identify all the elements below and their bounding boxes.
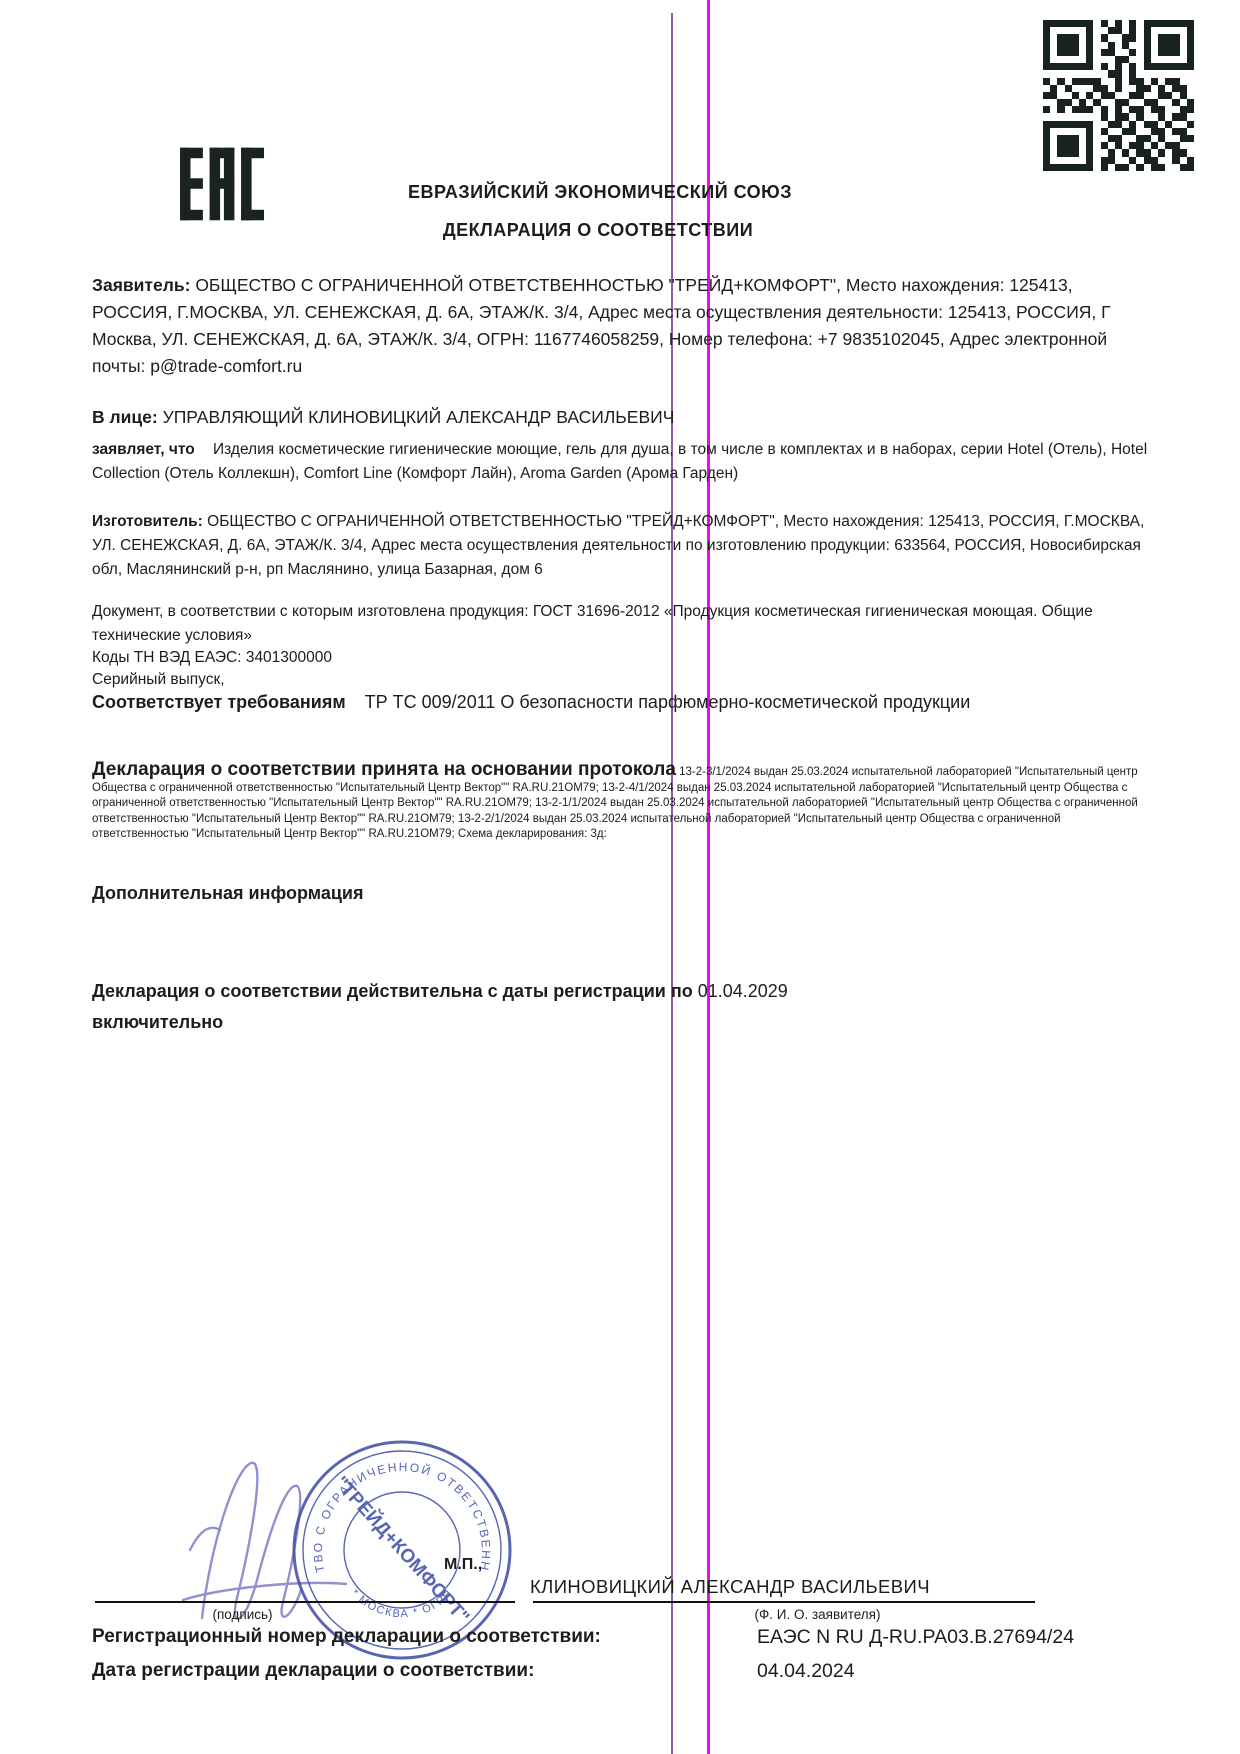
compliance-text: ТР ТС 009/2011 О безопасности парфюмерно… xyxy=(365,692,971,712)
protocols-paragraph: Декларация о соответствии принята на осн… xyxy=(92,762,1158,843)
declaration-subject-paragraph: заявляет, что Изделия косметические гиги… xyxy=(92,438,1154,486)
declaration-document: ЕВРАЗИЙСКИЙ ЭКОНОМИЧЕСКИЙ СОЮЗ ДЕКЛАРАЦИ… xyxy=(0,0,1240,1754)
compliance-label: Соответствует требованиям xyxy=(92,692,346,712)
registration-number-value: ЕАЭС N RU Д-RU.РА03.В.27694/24 xyxy=(757,1626,1074,1649)
union-title: ЕВРАЗИЙСКИЙ ЭКОНОМИЧЕСКИЙ СОЮЗ xyxy=(0,182,1200,203)
manufacturer-paragraph: Изготовитель: ОБЩЕСТВО С ОГРАНИЧЕННОЙ ОТ… xyxy=(92,510,1154,582)
registration-number-label: Регистрационный номер декларации о соотв… xyxy=(92,1626,601,1648)
document-title: ДЕКЛАРАЦИЯ О СООТВЕТСТВИИ xyxy=(0,220,1196,241)
manufacturer-text: ОБЩЕСТВО С ОГРАНИЧЕННОЙ ОТВЕТСТВЕННОСТЬЮ… xyxy=(92,513,1144,578)
validity-date: 01.04.2029 xyxy=(698,981,788,1001)
stamp-place-label: М.П., xyxy=(444,1556,482,1574)
manufacturer-label: Изготовитель: xyxy=(92,513,203,530)
signature-line xyxy=(95,1601,515,1603)
representative-label: В лице: xyxy=(92,407,158,427)
scan-artifact-magenta-line xyxy=(707,0,710,1754)
registration-date-value: 04.04.2024 xyxy=(757,1660,855,1683)
tnved-codes: Коды ТН ВЭД ЕАЭС: 3401300000 xyxy=(92,646,1154,670)
validity-suffix: включительно xyxy=(92,1007,952,1038)
additional-info-label: Дополнительная информация xyxy=(92,880,1154,907)
document-basis: Документ, в соответствии с которым изгот… xyxy=(92,600,1154,648)
declares-text: Изделия косметические гигиенические моющ… xyxy=(92,441,1147,482)
applicant-text: ОБЩЕСТВО С ОГРАНИЧЕННОЙ ОТВЕТСТВЕННОСТЬЮ… xyxy=(92,275,1111,376)
signature-caption: (подпись) xyxy=(170,1607,315,1622)
representative-text: УПРАВЛЯЮЩИЙ КЛИНОВИЦКИЙ АЛЕКСАНДР ВАСИЛЬ… xyxy=(163,407,675,427)
representative-paragraph: В лице: УПРАВЛЯЮЩИЙ КЛИНОВИЦКИЙ АЛЕКСАНД… xyxy=(92,404,1154,431)
protocols-label: Декларация о соответствии принята на осн… xyxy=(92,759,676,780)
full-name-line xyxy=(533,1601,1035,1603)
qr-code xyxy=(1043,20,1194,171)
compliance-paragraph: Соответствует требованиям ТР ТС 009/2011… xyxy=(92,688,1012,716)
applicant-label: Заявитель: xyxy=(92,275,190,295)
stamp-center-text: "ТРЕЙД+КОМФОРТ" xyxy=(330,1472,474,1628)
registration-date-label: Дата регистрации декларации о соответств… xyxy=(92,1660,534,1682)
validity-paragraph: Декларация о соответствии действительна … xyxy=(92,976,952,1038)
full-name-caption: (Ф. И. О. заявителя) xyxy=(700,1607,935,1622)
validity-label: Декларация о соответствии действительна … xyxy=(92,981,693,1001)
declarant-full-name: КЛИНОВИЦКИЙ АЛЕКСАНДР ВАСИЛЬЕВИЧ xyxy=(530,1576,930,1598)
declares-label: заявляет, что xyxy=(92,441,195,458)
applicant-paragraph: Заявитель: ОБЩЕСТВО С ОГРАНИЧЕННОЙ ОТВЕТ… xyxy=(92,272,1154,380)
